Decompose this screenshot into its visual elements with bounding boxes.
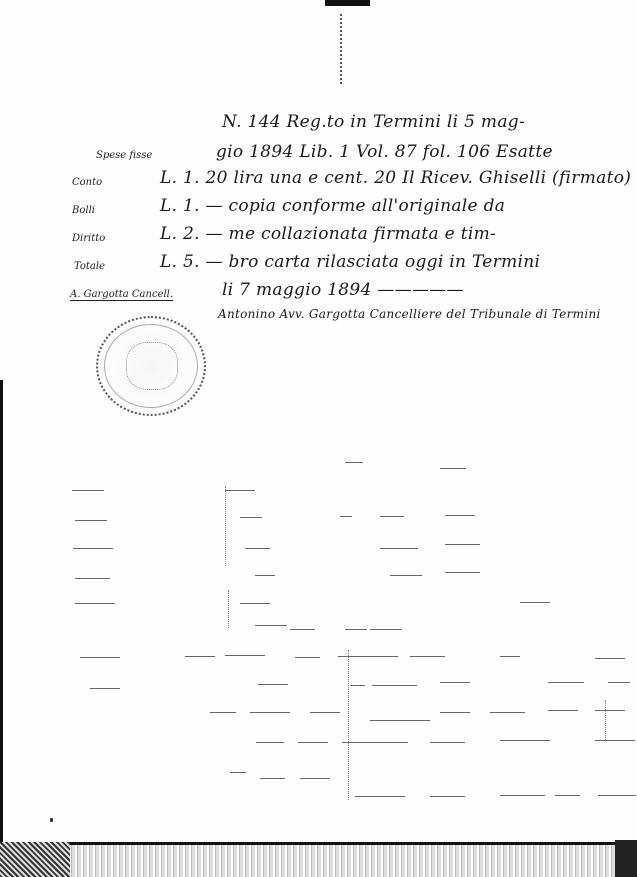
margin-label-conto: Conto (72, 177, 102, 188)
stamp-emblem (126, 342, 178, 390)
scan-right-corner (615, 840, 637, 877)
margin-label-spese: Spese fisse (96, 150, 152, 161)
page-fold-mark (340, 14, 344, 84)
scanned-page: N. 144 Reg.to in Termini li 5 mag- gio 1… (0, 0, 637, 877)
signature: Antonino Avv. Gargotta Cancelliere del T… (218, 307, 601, 321)
body-line-2: L. 1. 20 lira una e cent. 20 Il Ricev. G… (160, 168, 631, 188)
margin-label-totale: Totale (74, 261, 105, 272)
body-line-1: gio 1894 Lib. 1 Vol. 87 fol. 106 Esatte (216, 142, 553, 162)
official-stamp (96, 316, 206, 416)
body-line-5: L. 5. — bro carta rilasciata oggi in Ter… (160, 252, 540, 272)
body-line-4: L. 2. — me collazionata firmata e tim- (160, 224, 496, 244)
bleed-through-marks (0, 420, 637, 800)
scan-top-edge (325, 0, 370, 6)
header-line: N. 144 Reg.to in Termini li 5 mag- (222, 112, 525, 132)
body-line-6: li 7 maggio 1894 ————— (222, 280, 464, 300)
margin-clerk-name: A. Gargotta Cancell. (70, 289, 173, 301)
scan-corner-noise (0, 842, 70, 877)
ink-spot (50, 818, 53, 822)
margin-label-diritto: Diritto (72, 233, 105, 244)
body-line-3: L. 1. — copia conforme all'originale da (160, 196, 505, 216)
scan-bottom-edge (0, 842, 637, 877)
margin-label-bolli: Bolli (72, 205, 95, 216)
scan-left-edge (0, 380, 3, 850)
scan-bottom-line (0, 842, 620, 845)
